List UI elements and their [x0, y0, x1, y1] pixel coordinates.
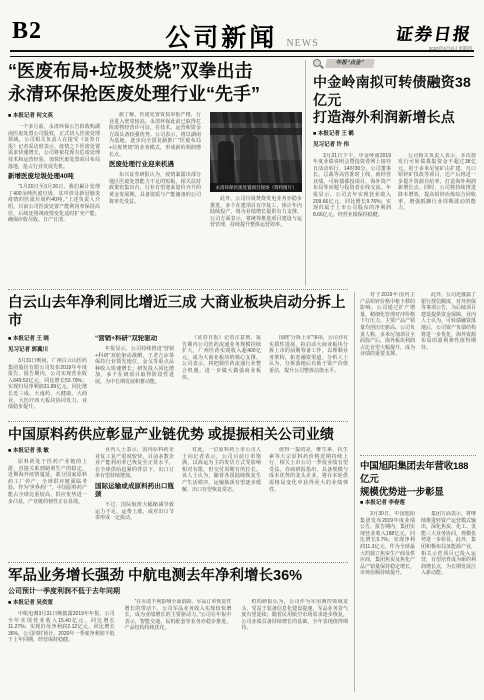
article-yongqing: “医废布局+垃圾焚烧”双拳出击 永清环保抢医废处理行业“先手” ■ 本报记者 何…	[8, 60, 302, 286]
body-paragraph: “在军改不利影响全面消除、军品订单恢复性增长的带动下，公司军品业务收入实现较快增…	[125, 599, 232, 632]
body-paragraph: 此外，公司还披露了银行授信额度、对外担保等事项公告，为后续项目建设提供资金保障。…	[421, 292, 476, 351]
body-paragraph: 此外，公司垃圾焚烧发电业务亦稳步推进，多个在建项目有序复工，预计年内陆续投产，将…	[210, 196, 302, 229]
column-divider	[305, 60, 306, 286]
body-paragraph: 3月31日晚间，广州白云山医药集团股份有限公司发布2019年年度报告。报告期内，…	[8, 358, 87, 411]
body-paragraph: “1月20日至3月26日，我们累计处理了400余吨医废垃圾，其中涉及新冠肺炎疫情…	[8, 184, 100, 224]
section-subtitle: NEWS	[286, 38, 318, 49]
body-column: 3月30日，中国旭阳集团发布2019年度业绩公告。报告期内，集团实现营业收入18…	[360, 511, 415, 700]
article-zhongjin-headline-2: 打造海外利润新增长点	[313, 109, 476, 127]
article-zhongjin: 年报“点金” 中金岭南拟可转债融资38亿元 打造海外利润新增长点 ■ 本报记者 …	[313, 57, 476, 301]
body-column: 值得一提的是，维生素、抗生素等大宗原料药价格近期持续上行，相关上市公司一季度业绩…	[269, 447, 348, 559]
section-title-text: 公司新闻	[165, 25, 277, 52]
byline: ■ 本报记者 吴奕萱	[8, 600, 115, 607]
body-column: 永清环保医废处置项目现场（资料图片） 此外，公司垃圾焚烧发电业务亦稳步推进，多个…	[210, 112, 302, 286]
body-paragraph: 3月31日下午，中金岭南2019年度业绩说明会暨投资者网上接待日活动举行。14时…	[313, 153, 391, 219]
article-zhonghang-subtitle: 公司预计一季度利润不低于去年同期	[8, 587, 348, 596]
body-column: 《证券日报》记者注意到，报告期内公司医药流通业务规模持续扩大，广州医药实现收入超…	[182, 335, 261, 435]
article-yongqing-headline-2: 永清环保抢医废处理行业“先手”	[8, 83, 302, 106]
body-column: 对于2019年国内主产品铅锌价格中枢下移的影响，公司通过扩产增量、精细化管理对冲…	[360, 292, 415, 450]
body-paragraph: 据了解，医废处置资质审批严格，行业进入壁垒较高。永清环保此前已取得危险废物经营许…	[109, 112, 201, 158]
magnifier-icon	[313, 59, 322, 68]
article-yuanliaoyao-headline: 中国原料药供应彰显产业链优势 或提振相关公司业绩	[8, 425, 348, 443]
masthead-logo: 证券日报	[394, 20, 474, 45]
body-paragraph: 东兴证券研报认为，疫情暴露出部分地区医废处置能力不足的短板，相关扶持政策密集出台…	[109, 172, 201, 205]
body-paragraph: 围绕“分拆上市”事项，公司亦有实质性进展，拟启动大商业板块分拆上市的前期筹备工作…	[269, 335, 348, 375]
article-zhonghang-headline: 军品业务增长强劲 中航电测去年净利增长36%	[8, 567, 348, 585]
body-paragraph: 不过，国际航班大幅缩减导致运力不足、运费上涨，或对出口节奏形成一定扰动。	[95, 502, 174, 522]
column-divider	[354, 292, 355, 692]
photo-figure	[218, 141, 234, 183]
body-paragraph: 机构研报认为，公司作为军用测控领域龙头，受益于装备信息化建设提速，军品业务景气度…	[241, 599, 348, 632]
column-badge: 年报“点金”	[313, 57, 476, 70]
photo-figure	[240, 135, 258, 183]
article-subhead: 国际运输或成原料药出口瓶颈	[95, 483, 174, 499]
article-divider	[8, 421, 348, 422]
body-paragraph: 《证券日报》记者注意到，报告期内公司医药流通业务规模持续扩大，广州医药实现收入超…	[182, 335, 261, 381]
body-paragraph: 集团方面表示，将继续推进轻资产运营模式输出，深化焦炭、化工、氢能三大业务协同，规…	[421, 511, 476, 577]
byline: ■ 本报记者 李春莲	[360, 500, 476, 507]
newspaper-page: B2 公司新闻 NEWS 证券日报 2020年4月2日 星期四 “医废布局+垃圾…	[0, 0, 484, 700]
article-zhongjin-continued: 对于2019年国内主产品铅锌价格中枢下移的影响，公司通过扩产增量、精细化管理对冲…	[360, 292, 476, 450]
body-column: 机构研报认为，公司作为军用测控领域龙头，受益于装备信息化建设提速，军品业务景气度…	[241, 599, 348, 695]
body-column: “在军改不利影响全面消除、军品订单恢复性增长的带动下，公司军品业务收入实现较快增…	[125, 599, 232, 695]
byline: ■ 本报记者 何文英	[8, 113, 100, 120]
article-baiyunshan: 白云山去年净利同比增近三成 大商业板块启动分拆上市 ■ 本报记者 王 晓 见习记…	[8, 294, 348, 435]
article-zhongjin-headline-1: 中金岭南拟可转债融资38亿元	[313, 74, 476, 109]
byline: ■ 本报记者 张 敏	[8, 448, 87, 455]
article-subhead: “营销+科研”双轮驱动	[95, 335, 174, 343]
article-yongqing-headline-1: “医废布局+垃圾焚烧”双拳出击	[8, 60, 302, 83]
body-column: 此外，公司还披露了银行授信额度、对外担保等事项公告，为后续项目建设提供资金保障。…	[421, 292, 476, 450]
byline: ■ 本报记者 王 鹤	[313, 131, 476, 138]
body-column: 据了解，医废处置资质审批严格，行业进入壁垒较高。永清环保此前已取得危险废物经营许…	[109, 112, 201, 286]
body-paragraph: 年报显示，公司持续推进“营销+科研”双轮驱动战略，王老吉凉茶保持行业领先地位，金…	[95, 346, 174, 386]
body-paragraph: 中航电测3月31日晚披露2019年年报，公司全年实现营业收入15.40亿元，同比…	[8, 611, 115, 644]
body-paragraph: 原料药处于医药产业链的上游，直接关系到制剂生产的稳定。近期海外疫情蔓延，部分国家…	[8, 459, 87, 505]
body-paragraph: 对此，一位原料药上市公司人士向记者表示，公司目前订单饱满，以海运为主的发货方式受…	[182, 447, 261, 493]
body-paragraph: 业内人士表示，国内原料药企业复工复产进度较快，目前多数企业产能利用率已恢复至正常…	[95, 447, 174, 480]
body-paragraph: 一个多月前，永清环保公告拟收购湖南医废处置公司股权，正式切入医废处理领域。公司相…	[8, 124, 100, 170]
article-divider	[8, 562, 348, 563]
article-subhead: 医废处理行业迎来机遇	[109, 161, 201, 169]
body-column: 业内人士表示，国内原料药企业复工复产进度较快，目前多数企业产能利用率已恢复至正常…	[95, 447, 174, 559]
body-paragraph: 公司相关负责人表示，本次拟发行可转债募集资金不超过38亿元，用于多米尼加矿山扩建…	[398, 153, 476, 212]
body-column: ■ 本报记者 王 晓 见习记者 郭冀川 3月31日晚间，广州白云山医药集团股份有…	[8, 335, 87, 435]
article-divider	[8, 289, 348, 290]
byline: ■ 本报记者 王 晓	[8, 336, 87, 343]
body-column: ■ 本报记者 张 敏 原料药处于医药产业链的上游，直接关系到制剂生产的稳定。近期…	[8, 447, 87, 559]
body-paragraph: 值得一提的是，维生素、抗生素等大宗原料药价格近期持续上行，相关上市公司一季度业绩…	[269, 447, 348, 493]
body-column: 公司相关负责人表示，本次拟发行可转债募集资金不超过38亿元，用于多米尼加矿山扩建…	[398, 153, 476, 301]
article-photo: 永清环保医废处置项目现场（资料图片）	[210, 112, 302, 192]
body-column: ■ 本报记者 何文英 一个多月前，永清环保公告拟收购湖南医废处置公司股权，正式切…	[8, 112, 100, 286]
body-paragraph: 对于2019年国内主产品铅锌价格中枢下移的影响，公司通过扩产增量、精细化管理对冲…	[360, 292, 415, 358]
photo-caption: 永清环保医废处置项目现场（资料图片）	[210, 183, 302, 192]
body-column: “营销+科研”双轮驱动 年报显示，公司持续推进“营销+科研”双轮驱动战略，王老吉…	[95, 335, 174, 435]
article-baiyunshan-headline: 白云山去年净利同比增近三成 大商业板块启动分拆上市	[8, 294, 348, 330]
byline: 见习记者 许 伟	[313, 142, 476, 149]
body-column: ■ 本报记者 吴奕萱 中航电测3月31日晚披露2019年年报，公司全年实现营业收…	[8, 599, 115, 695]
article-xuyang: 中国旭阳集团去年营收188亿元 规模优势进一步彰显 ■ 本报记者 李春莲 3月3…	[360, 460, 476, 700]
article-yuanliaoyao: 中国原料药供应彰显产业链优势 或提振相关公司业绩 ■ 本报记者 张 敏 原料药处…	[8, 425, 348, 559]
article-xuyang-headline-2: 规模优势进一步彰显	[360, 486, 476, 499]
body-column: 集团方面表示，将继续推进轻资产运营模式输出，深化焦炭、化工、氢能三大业务协同，规…	[421, 511, 476, 700]
body-paragraph: 3月30日，中国旭阳集团发布2019年度业绩公告。报告期内，集团实现营业收入18…	[360, 511, 415, 577]
byline: 见习记者 郭冀川	[8, 347, 87, 354]
photo-detail	[210, 128, 302, 135]
article-subhead: 新增医废垃圾处理40吨	[8, 173, 100, 181]
article-divider	[360, 455, 476, 456]
body-column: 对此，一位原料药上市公司人士向记者表示，公司目前订单饱满，以海运为主的发货方式受…	[182, 447, 261, 559]
column-badge-label: 年报“点金”	[325, 59, 374, 68]
body-column: 3月31日下午，中金岭南2019年度业绩说明会暨投资者网上接待日活动举行。14时…	[313, 153, 391, 301]
header-rule	[10, 50, 474, 57]
body-column: 围绕“分拆上市”事项，公司亦有实质性进展，拟启动大商业板块分拆上市的前期筹备工作…	[269, 335, 348, 435]
article-xuyang-headline-1: 中国旭阳集团去年营收188亿元	[360, 460, 476, 486]
article-zhonghang: 军品业务增长强劲 中航电测去年净利增长36% 公司预计一季度利润不低于去年同期 …	[8, 567, 348, 695]
masthead: 证券日报 2020年4月2日 星期四	[396, 20, 472, 52]
